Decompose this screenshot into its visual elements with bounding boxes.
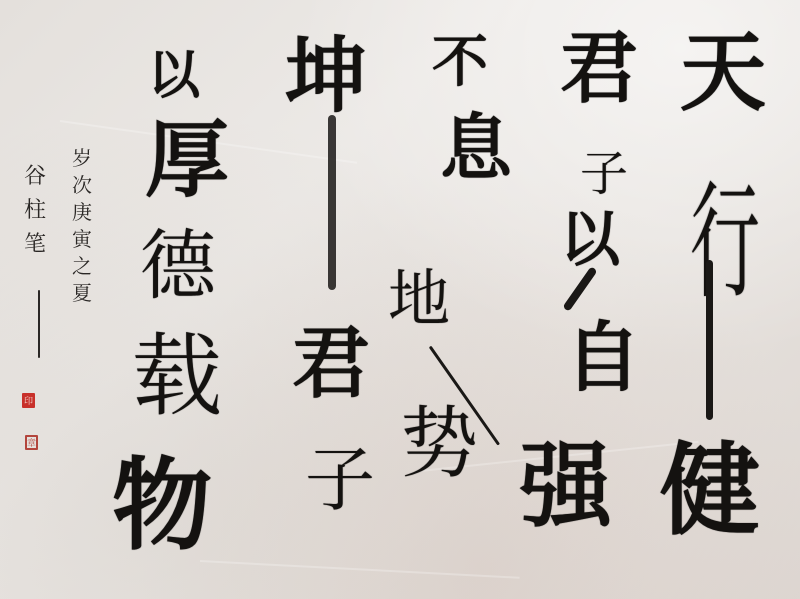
char-yi-2: 以 bbox=[148, 50, 200, 102]
inscription-date: 岁 次 庚 寅 之 夏 bbox=[72, 145, 92, 307]
seal-text: 印 bbox=[24, 394, 33, 407]
char-wu: 物 bbox=[112, 455, 212, 555]
char-de: 德 bbox=[140, 228, 216, 304]
char-zi-2: 子 bbox=[305, 445, 375, 515]
signature-tail-stroke bbox=[38, 290, 40, 358]
long-vertical-stroke bbox=[706, 260, 713, 420]
insc-char: 笔 bbox=[24, 228, 46, 262]
char-zi: 子 bbox=[580, 150, 628, 198]
insc-char: 谷 bbox=[24, 160, 46, 194]
char-di: 地 bbox=[388, 268, 450, 330]
insc-char: 夏 bbox=[72, 280, 92, 307]
seal-upper: 印 bbox=[22, 393, 35, 408]
char-zi-self: 自 bbox=[565, 320, 641, 396]
char-shi: 势 bbox=[400, 405, 478, 483]
paper-crease bbox=[200, 560, 520, 579]
seal-text: 章 bbox=[27, 436, 36, 449]
char-xi: 息 bbox=[440, 112, 512, 184]
seal-lower: 章 bbox=[25, 435, 38, 450]
char-jian: 健 bbox=[660, 440, 760, 540]
long-vertical-stroke bbox=[328, 115, 336, 290]
char-hou: 厚 bbox=[145, 118, 229, 202]
char-jun-2: 君 bbox=[292, 325, 370, 403]
char-qiang: 强 bbox=[520, 440, 612, 532]
char-zai: 载 bbox=[132, 332, 222, 422]
char-bu: 不 bbox=[432, 34, 488, 90]
char-xing: 行 bbox=[690, 180, 760, 306]
char-kun: 坤 bbox=[285, 35, 367, 117]
insc-char: 次 bbox=[72, 172, 92, 199]
char-tian: 天 bbox=[680, 30, 766, 116]
char-yi: 以 bbox=[560, 210, 620, 270]
insc-char: 寅 bbox=[72, 226, 92, 253]
inscription-signature: 谷 柱 笔 bbox=[24, 160, 46, 262]
char-jun: 君 bbox=[560, 30, 638, 108]
insc-char: 柱 bbox=[24, 194, 46, 228]
calligraphy-scroll: 天 行 健 君 子 以 自 强 不 息 地 势 坤 君 子 以 厚 德 载 物 … bbox=[0, 0, 800, 599]
insc-char: 岁 bbox=[72, 145, 92, 172]
insc-char: 庚 bbox=[72, 199, 92, 226]
insc-char: 之 bbox=[72, 253, 92, 280]
